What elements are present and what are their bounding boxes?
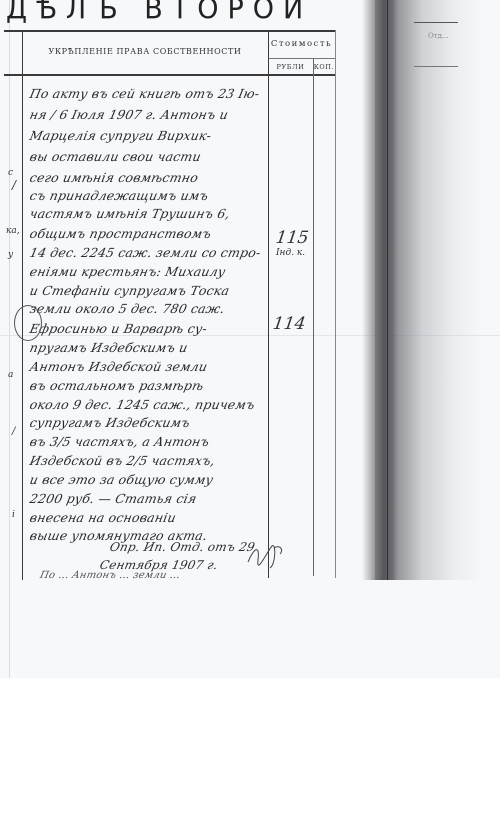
entry-line: общимъ пространствомъ [28,226,267,241]
value-note-index: Iнд. к. [276,248,305,258]
entry-line: сего имѣнія совмѣстно [28,170,267,185]
value-column-rule [268,30,269,578]
entry-line: Марцелія супруги Вирхик- [28,128,267,143]
signature-line: Опр. Ип. Отд. отъ 29 [109,540,257,554]
entry-line: вы оставили свои части [28,149,267,164]
entry-line: ня / 6 Іюля 1907 г. Антонъ и [28,107,267,122]
left-margin-mark: ка, [6,226,20,236]
column-header-rubles: РУБЛИ [268,63,313,71]
section-title: ДѢЛЪ ВТОРОЙ [6,0,266,26]
column-header-ownership: УКРѢПЛЕНІЕ ПРАВА СОБСТВЕННОСТИ [22,47,268,56]
adjacent-page-rule [414,22,458,23]
value-number-115: 115 [275,228,310,248]
entry-line: и все это за общую сумму [28,472,267,487]
adjacent-page-text: Отд... [428,32,449,40]
left-margin-mark: с [8,168,13,178]
adjacent-page-rule [414,66,458,67]
entry-line: Антонъ Издебской земли [28,359,267,374]
entry-line: Издебской въ 2/5 частяхъ, [28,453,267,468]
entry-line: въ 3/5 частяхъ, а Антонъ [28,434,267,449]
header-bottom-rule [4,74,336,76]
left-margin-mark: а [8,370,13,380]
right-column-rule [335,30,336,578]
column-header-value: Стоимость [268,39,335,49]
entry-line: земли около 5 дес. 780 саж. [28,301,267,316]
entry-line: пругамъ Издебскимъ и [28,340,267,355]
entry-line: и Стефаніи супругамъ Тоска [28,283,267,298]
entry-line: внесена на основаніи [28,510,267,525]
value-number-114: 114 [272,314,307,334]
page-edge [9,0,10,678]
entry-line: частямъ имѣнія Трушинъ 6, [28,206,267,221]
column-header-kopecks: КОП. [313,63,335,71]
left-margin-mark: у [8,250,13,260]
entry-line: 14 дес. 2245 саж. земли со стро- [28,245,267,260]
entry-line: около 9 дес. 1245 саж., причемъ [28,397,267,412]
entry-line: супругамъ Издебскимъ [28,415,267,430]
book-spine [375,0,393,580]
left-margin-mark: і [12,510,15,520]
adjacent-page-header: Отд... [414,20,464,70]
subheader-rule [268,58,335,59]
circle-mark [14,305,42,341]
scanned-page: ДѢЛЪ ВТОРОЙ УКРѢПЛЕНІЕ ПРАВА СОБСТВЕННОС… [0,0,500,678]
entry-line: съ принадлежащимъ имъ [28,188,267,203]
entry-line: Ефросинью и Варварѣ су- [28,321,267,336]
left-margin-mark: / [12,426,15,437]
left-margin-mark: / [12,178,16,192]
header-top-rule [4,30,336,32]
entry-line: въ остальномъ размѣрѣ [28,378,267,393]
signature-icon [246,540,286,570]
entry-line: По акту въ сей книгѣ отъ 23 Ію- [28,86,267,101]
entry-line: еніями крестьянъ: Михаилу [28,264,267,279]
next-entry-fragment: По ... Антонъ ... земли ... [39,570,181,581]
kop-column-rule [313,58,314,576]
entry-line: 2200 руб. — Статья сія [28,491,267,506]
spine-crease [387,0,388,580]
